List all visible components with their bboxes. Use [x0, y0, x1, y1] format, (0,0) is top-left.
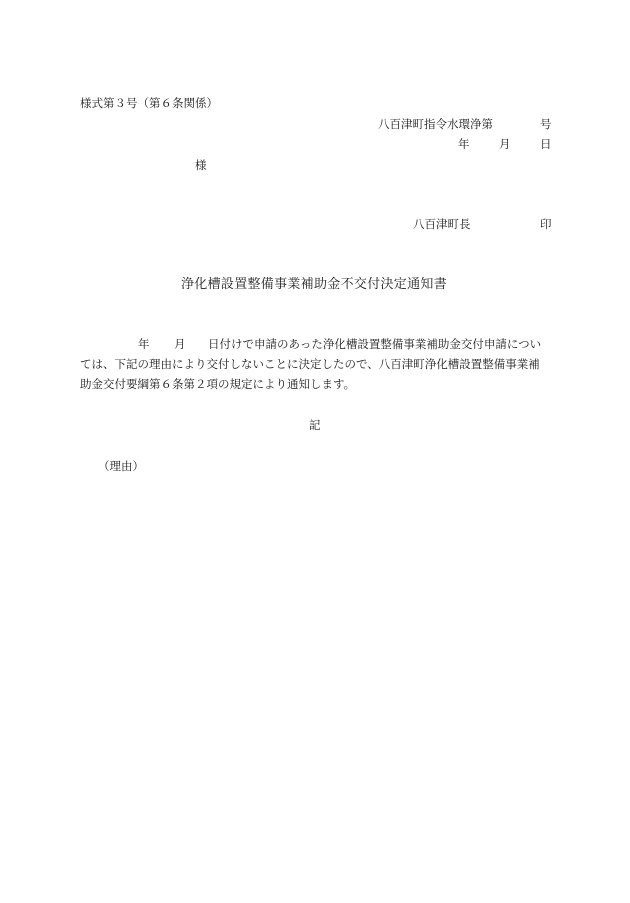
body-line-1-text: 日付けで申請のあった浄化槽設置整備事業補助金交付申請につい	[208, 337, 541, 351]
ki-heading: 記	[309, 418, 321, 432]
issuer-name: 八百津町長	[413, 217, 471, 231]
body-year-label: 年	[138, 337, 150, 351]
date-month-label: 月	[499, 137, 511, 151]
form-label: 様式第３号（第６条関係）	[80, 96, 218, 110]
reference-number-prefix: 八百津町指令水環浄第	[378, 117, 493, 131]
document-title: 浄化槽設置整備事業補助金不交付決定通知書	[181, 278, 447, 292]
body-line-2: ては、下記の理由により交付しないことに決定したので、八百津町浄化槽設置整備事業補	[80, 357, 540, 371]
reference-number-suffix: 号	[540, 117, 552, 131]
document-page: 様式第３号（第６条関係） 八百津町指令水環浄第 号 年 月 日 様 八百津町長 …	[0, 0, 630, 903]
date-year-label: 年	[458, 137, 470, 151]
reason-label: （理由）	[98, 459, 144, 473]
seal-mark: 印	[540, 217, 552, 231]
addressee-honorific: 様	[195, 158, 207, 172]
body-line-3: 助金交付要綱第６条第２項の規定により通知します。	[80, 377, 355, 391]
date-day-label: 日	[540, 137, 552, 151]
body-month-label: 月	[174, 337, 186, 351]
